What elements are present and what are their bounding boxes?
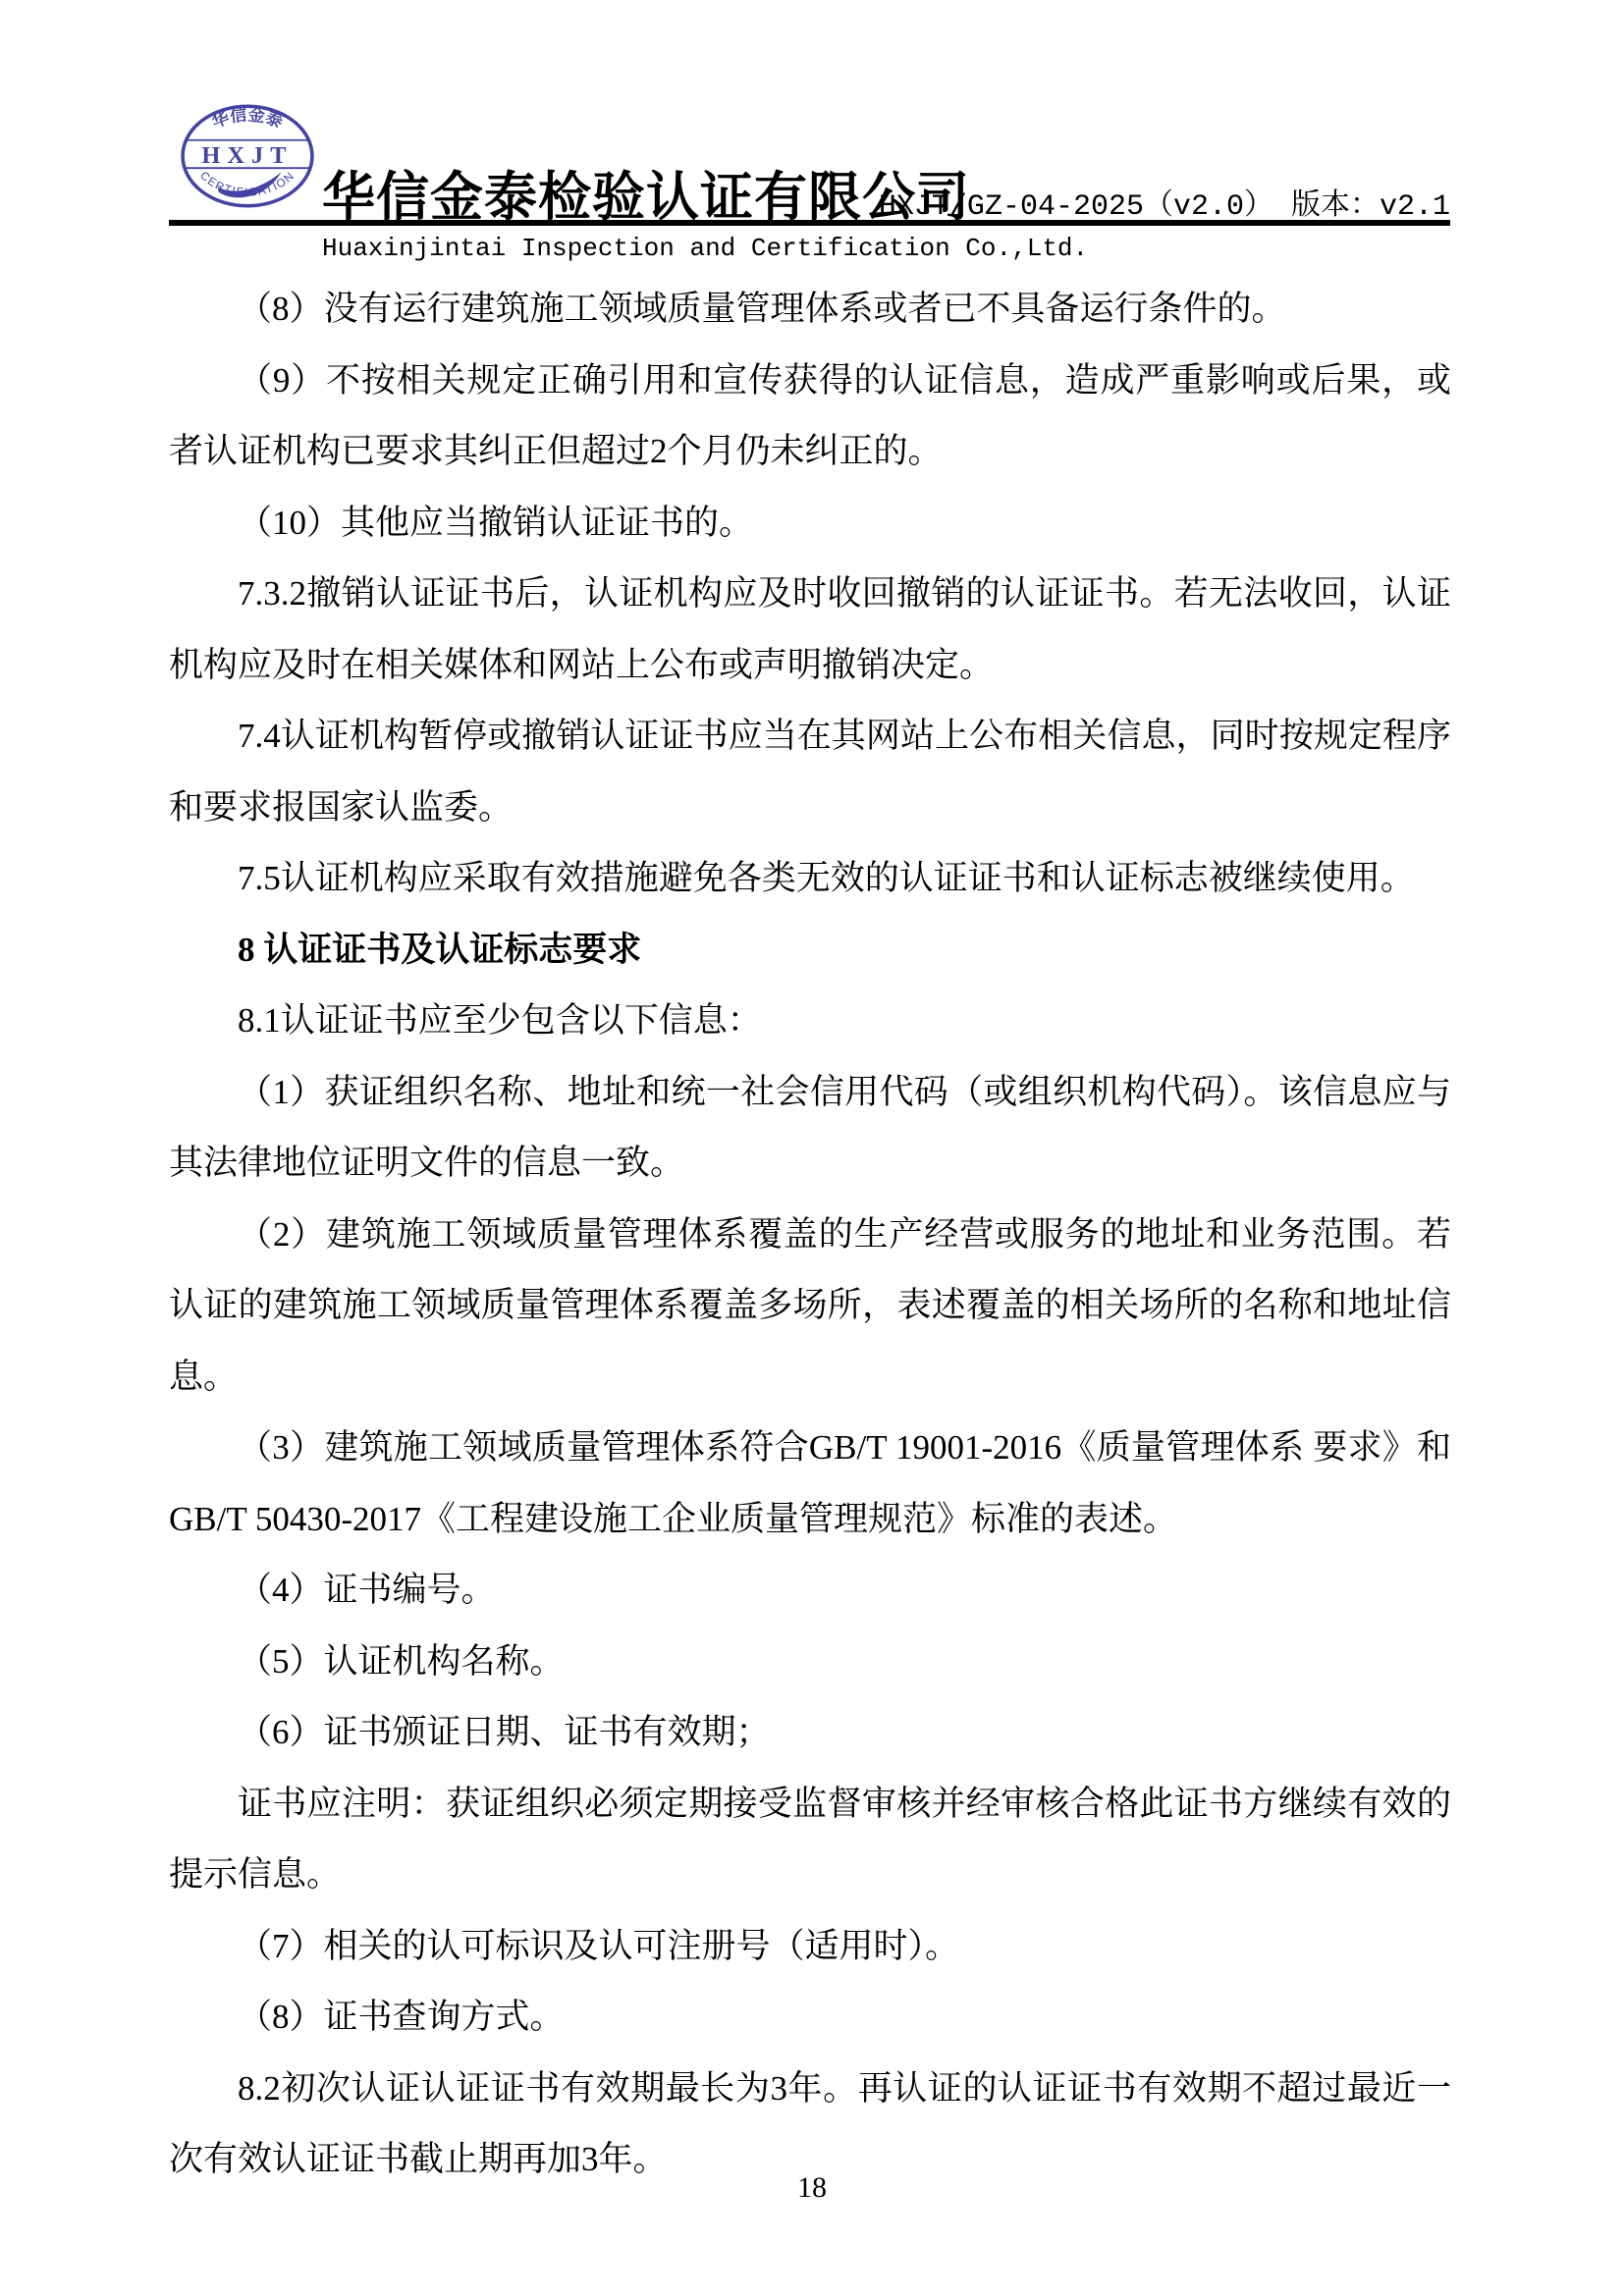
paragraph: （8）证书查询方式。 <box>169 1982 1451 2054</box>
paragraph: （7）相关的认可标识及认可注册号（适用时）。 <box>169 1911 1451 1983</box>
company-seal-logo: 华信金泰 HXJT CERTIFICATION <box>178 102 317 212</box>
paragraph: （2）建筑施工领域质量管理体系覆盖的生产经营或服务的地址和业务范围。若认证的建筑… <box>169 1200 1451 1414</box>
paragraph: （10）其他应当撤销认证证书的。 <box>169 488 1451 560</box>
company-name-english: Huaxinjintai Inspection and Certificatio… <box>322 234 1088 263</box>
paragraph: （3）建筑施工领域质量管理体系符合GB/T 19001-2016《质量管理体系 … <box>169 1413 1451 1555</box>
document-body: （8）没有运行建筑施工领域质量管理体系或者已不具备运行条件的。（9）不按相关规定… <box>169 274 1451 2196</box>
paragraph: （4）证书编号。 <box>169 1555 1451 1627</box>
seal-top-text: 华信金泰 <box>209 104 287 132</box>
page-number: 18 <box>0 2171 1624 2205</box>
paragraph: 证书应注明：获证组织必须定期接受监督审核并经审核合格此证书方继续有效的提示信息。 <box>169 1769 1451 1911</box>
paragraph: 8.1认证证书应至少包含以下信息： <box>169 986 1451 1057</box>
seal-acronym-text: HXJT <box>201 142 293 169</box>
paragraph: 7.3.2撤销认证证书后，认证机构应及时收回撤销的认证证书。若无法收回，认证机构… <box>169 559 1451 701</box>
document-reference: HXJT/GZ-04-2025（v2.0） 版本：v2.1 <box>879 180 1450 224</box>
paragraph: （9）不按相关规定正确引用和宣传获得的认证信息，造成严重影响或后果，或者认证机构… <box>169 346 1451 488</box>
paragraph: （1）获证组织名称、地址和统一社会信用代码（或组织机构代码）。该信息应与其法律地… <box>169 1057 1451 1200</box>
header-divider <box>169 220 1450 226</box>
section-heading: 8 认证证书及认证标志要求 <box>169 915 1451 987</box>
paragraph: （6）证书颁证日期、证书有效期； <box>169 1697 1451 1769</box>
paragraph: （5）认证机构名称。 <box>169 1627 1451 1698</box>
paragraph: 7.5认证机构应采取有效措施避免各类无效的认证证书和认证标志被继续使用。 <box>169 843 1451 915</box>
document-page: 华信金泰 HXJT CERTIFICATION 华信金泰检验认证有限公司 HXJ… <box>0 0 1624 2296</box>
seal-bottom-text: CERTIFICATION <box>197 169 298 199</box>
paragraph: 7.4认证机构暂停或撤销认证证书应当在其网站上公布相关信息，同时按规定程序和要求… <box>169 701 1451 843</box>
paragraph: （8）没有运行建筑施工领域质量管理体系或者已不具备运行条件的。 <box>169 274 1451 346</box>
